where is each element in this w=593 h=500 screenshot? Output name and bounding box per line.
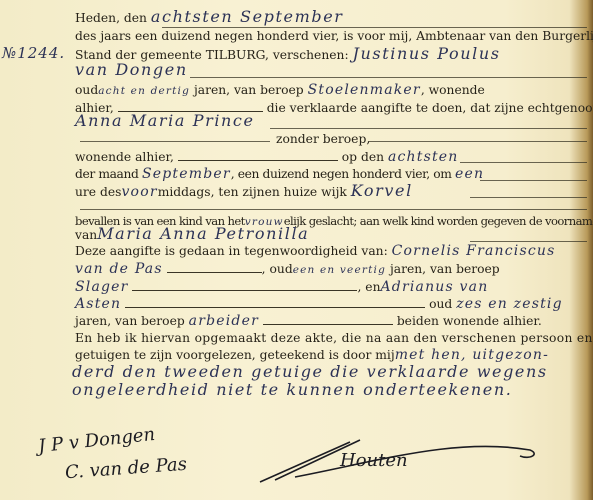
record-line-age-occupation: oudacht en dertig jaren, van beroep Stoe… [75,83,485,98]
handwritten-witness1-age: een en veertig [293,264,386,276]
record-line-signed: getuigen te zijn voorgelezen, geteekend … [75,348,549,362]
handwritten-date: achtsten September [151,7,344,26]
record-line-year: des jaars een duizend negen honderd vier… [75,29,593,43]
printed-text: beiden wonende alhier. [397,314,542,328]
printed-text: , een duizend negen honderd vier, om [231,167,452,181]
handwritten-note-continued: derd den tweeden getuige die verklaarde … [72,362,548,381]
handwritten-witness1-occupation: Slager [75,279,129,295]
signature-father: J P v Dongen [37,424,156,457]
record-line-surname: van Dongen [75,63,188,78]
fill-line [270,128,587,129]
fill-line [132,282,357,291]
printed-text: ure des [75,185,121,199]
handwritten-signing-note: met hen, uitgezon- [395,347,549,363]
handwritten-birth-day: achtsten [388,149,459,165]
printed-text: elijk geslacht; aan welk kind worden geg… [284,214,593,228]
fill-line [190,77,587,78]
handwritten-father-surname: van Dongen [75,60,188,79]
printed-text: oud [75,83,98,97]
record-line-birth-month: der maand September, een duizend negen h… [75,167,484,181]
fill-line [460,162,587,163]
fill-line [167,264,262,273]
fill-line [80,209,587,210]
handwritten-witness2-given-names: Adrianus van [381,279,489,295]
record-line-mother: Anna Maria Prince [75,114,255,129]
record-line-date: Heden, den achtsten September [75,10,344,25]
record-line-birth-day: wonende alhier, op den achtsten [75,150,459,164]
handwritten-note-end: ongeleerdheid niet te kunnen onderteeken… [72,380,512,399]
printed-text: , wonende [421,83,485,97]
handwritten-ward: Korvel [351,181,413,200]
record-line-note-2: derd den tweeden getuige die verklaarde … [72,365,548,380]
printed-text: der maand [75,167,138,181]
fill-line [480,180,587,181]
fill-line [80,141,270,142]
fill-line [263,316,393,325]
handwritten-witness2-age: zes en zestig [456,296,563,312]
printed-text: En heb ik hiervan opgemaakt deze akte, d… [75,331,593,345]
registry-number: №1244. [2,44,65,62]
civil-birth-record-page: №1244. Heden, den achtsten September des… [0,0,593,500]
handwritten-witness1-surname: van de Pas [75,261,163,277]
record-line-witness1-occupation: Slager , enAdrianus van [75,280,488,294]
fill-line [178,152,338,161]
printed-text: op den [342,150,384,164]
handwritten-father-occupation: Stoelenmaker [308,82,421,98]
printed-text: getuigen te zijn voorgelezen, geteekend … [75,348,395,362]
record-line-witness1: van de Pas , oudeen en veertig jaren, va… [75,262,500,277]
record-line-birth-place: ure desvoormiddags, ten zijnen huize wij… [75,184,413,199]
handwritten-witness2-surname: Asten [75,296,121,312]
printed-text: jaren, van beroep [75,314,185,328]
printed-text: jaren, van beroep [194,83,304,97]
record-line-closing: En heb ik hiervan opgemaakt deze akte, d… [75,331,593,345]
printed-text: , en [357,280,380,294]
printed-text: die verklaarde aangifte te doen, dat zij… [267,101,593,115]
printed-text: Heden, den [75,11,147,25]
record-line-note-3: ongeleerdheid niet te kunnen onderteeken… [72,383,512,398]
fill-line [368,141,587,142]
printed-text: , oud [262,262,293,276]
printed-text: Deze aangifte is gedaan in tegenwoordigh… [75,244,388,258]
printed-text: zonder beroep, [276,132,370,146]
record-line-child-name: vanMaria Anna Petronilla [75,227,309,242]
handwritten-witness1-given-names: Cornelis Franciscus [392,243,556,259]
record-line-mother-occupation: zonder beroep, [276,132,370,146]
printed-text: des jaars een duizend negen honderd vier… [75,29,593,43]
printed-text: van [75,228,97,242]
handwritten-witness2-occupation: arbeider [189,313,259,329]
handwritten-child-name: Maria Anna Petronilla [97,224,309,243]
fill-line [125,299,425,308]
printed-text: oud [429,297,452,311]
record-line-witnesses: Deze aangifte is gedaan in tegenwoordigh… [75,244,555,258]
record-line-witness2-occupation: jaren, van beroep arbeider beiden wonend… [75,314,542,328]
printed-text: middags, ten zijnen huize wijk [158,185,347,199]
fill-line [470,241,587,242]
handwritten-father-age: acht en dertig [98,85,190,97]
handwritten-am-pm: voor [121,184,157,200]
signature-witness: C. van de Pas [64,454,187,483]
record-line-witness2: Asten oud zes en zestig [75,297,563,311]
printed-text: wonende alhier, [75,150,174,164]
signature-registrar: Houten [340,450,408,471]
printed-text: jaren, van beroep [390,262,500,276]
handwritten-father-given-names: Justinus Poulus [353,44,501,63]
fill-line [162,27,587,28]
handwritten-mother-name: Anna Maria Prince [75,111,255,130]
handwritten-birth-month: September [142,166,231,182]
fill-line [470,197,587,198]
